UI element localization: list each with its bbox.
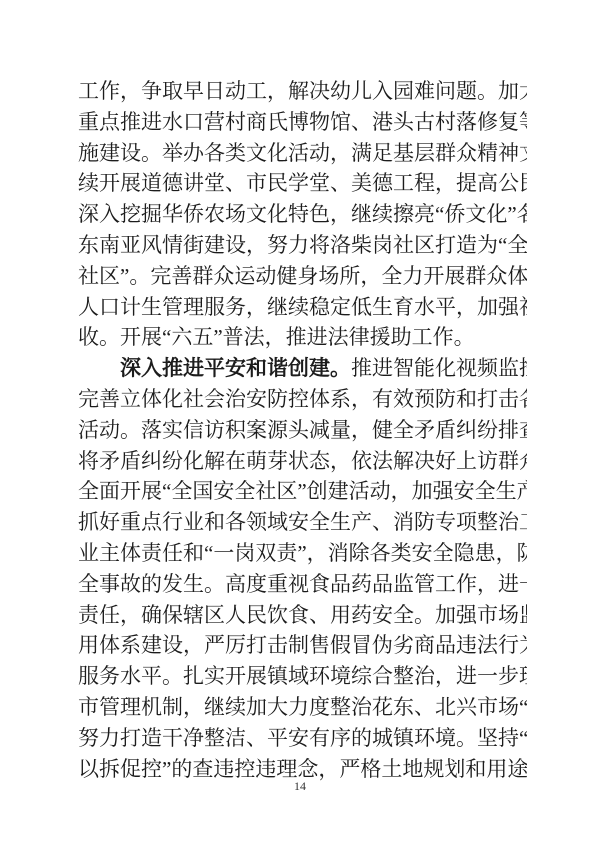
page-number: 14 [0, 779, 600, 794]
text-line: 工作，争取早日动工，解决幼儿入园难问题。加大投入力度， [78, 76, 527, 107]
text-line: 活动。落实信访积案源头减量，健全矛盾纠纷排查机制，切实 [78, 415, 527, 446]
text-line: 完善立体化社会治安防控体系，有效预防和打击各类违法犯罪 [78, 384, 527, 415]
text-line: 人口计生管理服务，继续稳定低生育水平，加强社会抚养费征 [78, 292, 527, 323]
document-body-text: 工作，争取早日动工，解决幼儿入园难问题。加大投入力度， 重点推进水口营村商氏博物… [78, 76, 527, 784]
text-line: 深入挖掘华侨农场文化特色，继续擦亮“侨文化”名片，推动 [78, 199, 527, 230]
document-page: 工作，争取早日动工，解决幼儿入园难问题。加大投入力度， 重点推进水口营村商氏博物… [0, 0, 600, 848]
text-line: 市管理机制，继续加大力度整治花东、北兴市场“六乱”现象， [78, 692, 527, 723]
text-line: 重点推进水口营村商氏博物馆、港头古村落修复等文化基础设 [78, 107, 527, 138]
text-line: 责任，确保辖区人民饮食、用药安全。加强市场监管和社会信 [78, 600, 527, 631]
text-line: 全面开展“全国安全社区”创建活动，加强安全生产管理监督， [78, 476, 527, 507]
text-line: 服务水平。扎实开展镇域环境综合整治，进一步理顺、健全城 [78, 661, 527, 692]
text-line: 收。开展“六五”普法，推进法律援助工作。 [78, 322, 527, 353]
text-line: 努力打造干净整洁、平安有序的城镇环境。坚持“规划引领、 [78, 723, 527, 754]
text-line: 东南亚风情街建设，努力将洛柴岗社区打造为“全国侨务明星 [78, 230, 527, 261]
paragraph-lead-rest: 推进智能化视频监控系统建设， [351, 356, 527, 380]
text-line: 全事故的发生。高度重视食品药品监管工作，进一步明确监管 [78, 569, 527, 600]
text-line: 业主体责任和“一岗双责”，消除各类安全隐患，防止重特大安 [78, 538, 527, 569]
text-line: 深入推进平安和谐创建。推进智能化视频监控系统建设， [78, 353, 527, 384]
text-line: 续开展道德讲堂、市民学堂、美德工程，提高公民道德水平。 [78, 168, 527, 199]
text-line: 施建设。举办各类文化活动，满足基层群众精神文化需求。继 [78, 138, 527, 169]
text-line: 将矛盾纠纷化解在萌芽状态，依法解决好上访群众的合理诉求。 [78, 446, 527, 477]
text-line: 社区”。完善群众运动健身场所，全力开展群众体育活动。完善 [78, 261, 527, 292]
paragraph-culture-livelihood: 工作，争取早日动工，解决幼儿入园难问题。加大投入力度， 重点推进水口营村商氏博物… [78, 76, 527, 353]
text-line: 抓好重点行业和各领域安全生产、消防专项整治工作，落实企 [78, 507, 527, 538]
paragraph-lead-heading: 深入推进平安和谐创建。 [120, 356, 351, 380]
paragraph-peace-harmony: 深入推进平安和谐创建。推进智能化视频监控系统建设， 完善立体化社会治安防控体系，… [78, 353, 527, 784]
text-line: 用体系建设，严厉打击制售假冒伪劣商品违法行为，提升产品、 [78, 630, 527, 661]
